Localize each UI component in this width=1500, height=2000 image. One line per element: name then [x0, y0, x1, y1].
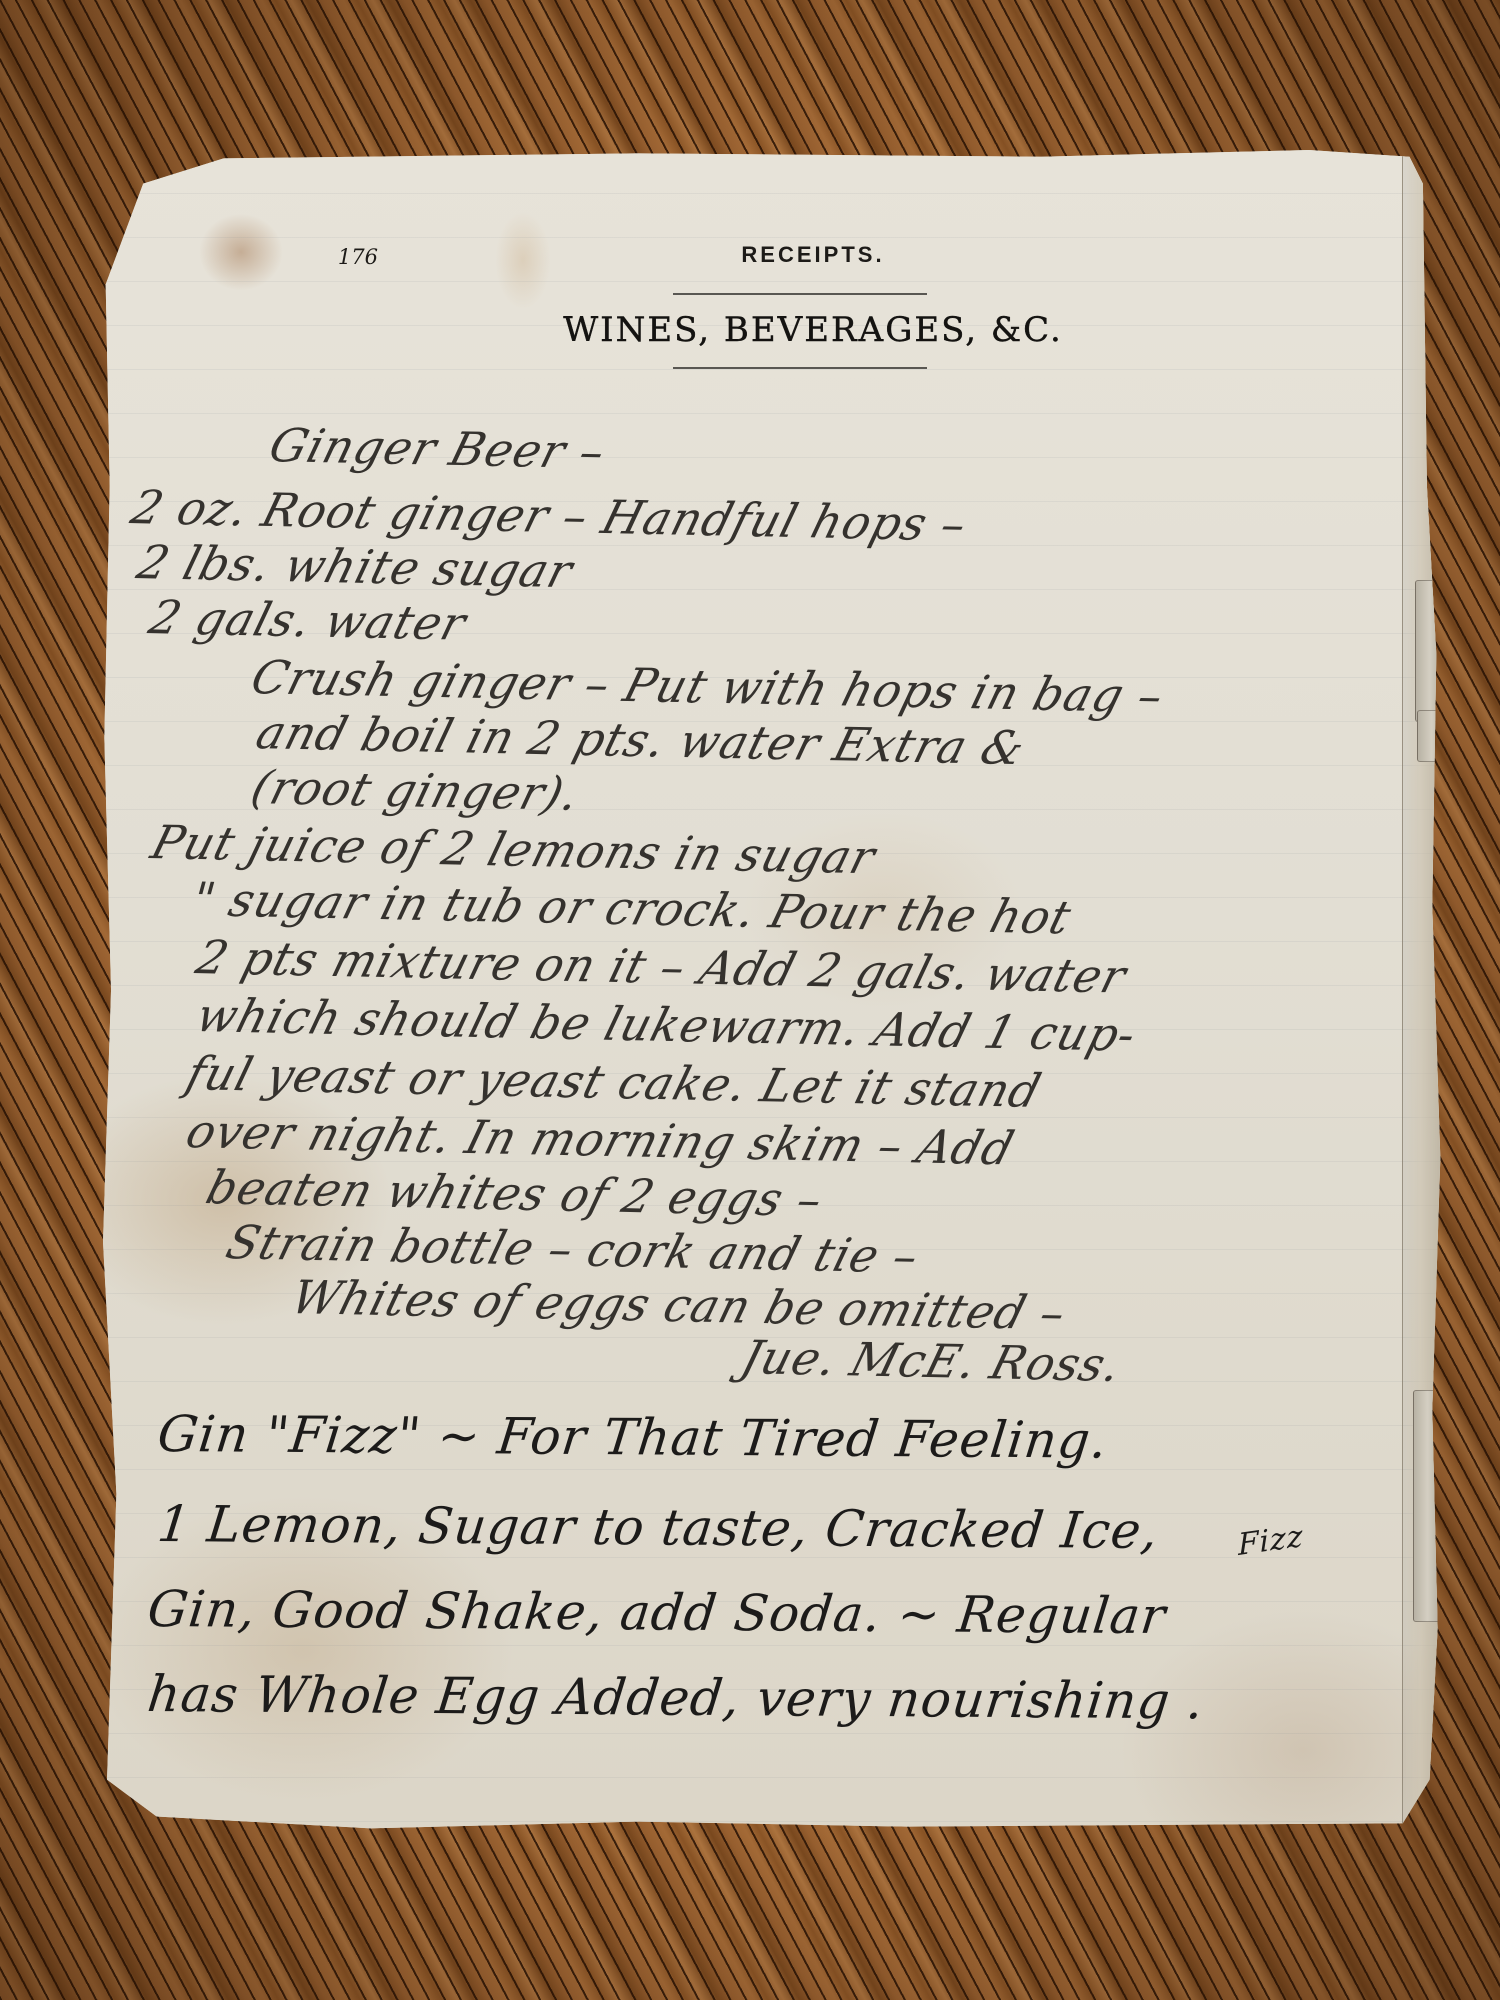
header-rule-bottom: [673, 367, 927, 369]
recipe-title: Gin "Fizz" ~ For That Tired Feeling.: [155, 1405, 1111, 1470]
instruction-line: (root ginger).: [246, 760, 586, 821]
recipe-line: has Whole Egg Added, very nourishing .: [145, 1665, 1207, 1730]
recipe-title: Ginger Beer –: [264, 418, 612, 479]
binding-stub: [1413, 1390, 1449, 1622]
binding-stub: [1417, 710, 1453, 762]
signature: Jue. McE. Ross.: [736, 1330, 1128, 1392]
instruction-line: Whites of eggs can be omitted –: [286, 1270, 1073, 1340]
recipe-page: 176 RECEIPTS. WINES, BEVERAGES, &C. Ging…: [103, 150, 1443, 1830]
recipe-line: 1 Lemon, Sugar to taste, Cracked Ice,: [155, 1495, 1162, 1560]
recipe-line: Gin, Good Shake, add Soda. ~ Regular: [145, 1580, 1169, 1645]
binding-stub: [1415, 580, 1451, 722]
margin-note: Fizz: [1237, 1519, 1304, 1563]
section-title: WINES, BEVERAGES, &C.: [103, 310, 1443, 350]
ingredient-line: 2 lbs. white sugar: [132, 535, 579, 598]
running-head: RECEIPTS.: [103, 242, 1443, 268]
ingredient-line: 2 gals. water: [144, 590, 473, 651]
header-rule-top: [673, 293, 927, 295]
